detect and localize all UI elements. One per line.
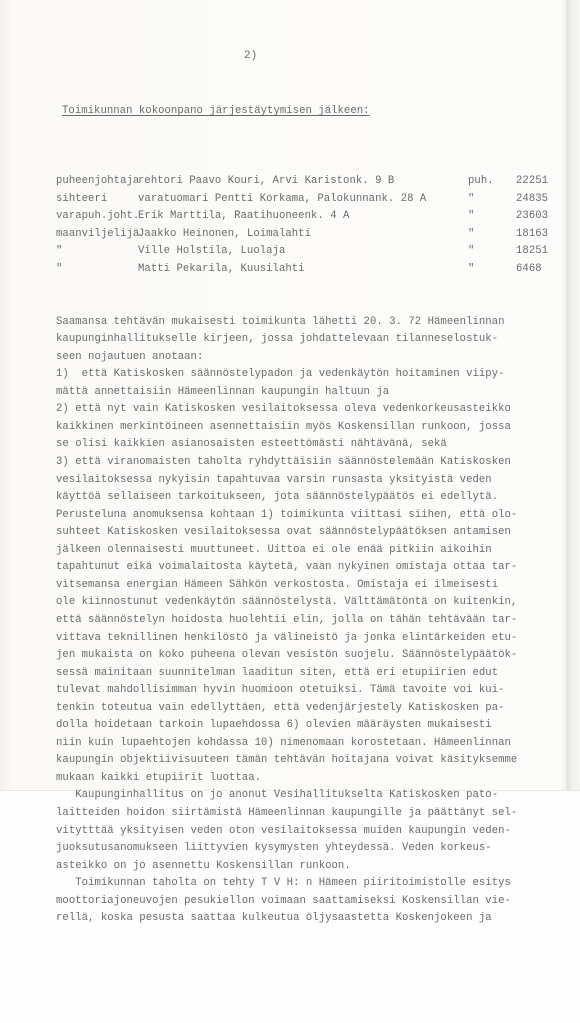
body-text: Saamansa tehtävän mukaisesti toimikunta … bbox=[56, 314, 576, 928]
member-phone: 18163 bbox=[516, 226, 576, 244]
text-line: 1) että Katiskosken säännöstelypadon ja … bbox=[56, 366, 576, 384]
member-phone-label: " bbox=[468, 226, 516, 244]
member-phone-label: puh. bbox=[468, 173, 516, 191]
member-role: maanviljelijä bbox=[56, 226, 138, 244]
member-role: varapuh.joht. bbox=[56, 208, 138, 226]
text-line: kaikkinen merkintöineen asennettaisiin m… bbox=[56, 419, 576, 437]
text-line: 2) että nyt vain Katiskosken vesilaitoks… bbox=[56, 401, 576, 419]
member-phone-label: " bbox=[468, 243, 516, 261]
member-list: puheenjohtajarehtori Paavo Kouri, Arvi K… bbox=[56, 173, 576, 278]
text-line: mättä annettaisiin Hämeenlinnan kaupungi… bbox=[56, 384, 576, 402]
text-line: tenkin toteutua vain edellyttäen, että v… bbox=[56, 700, 576, 718]
member-name: Jaakko Heinonen, Loimalahti bbox=[138, 226, 468, 244]
member-row: "Ville Holstila, Luolaja"18251 bbox=[56, 243, 576, 261]
member-name: Matti Pekarila, Kuusilahti bbox=[138, 261, 468, 279]
member-name: rehtori Paavo Kouri, Arvi Karistonk. 9 B bbox=[138, 173, 468, 191]
text-line: Kaupunginhallitus on jo anonut Vesihalli… bbox=[56, 787, 576, 805]
member-row: varapuh.joht.Erik Marttila, Raatihuoneen… bbox=[56, 208, 576, 226]
text-line: vitsemansa energian Hämeen Sähkön verkos… bbox=[56, 577, 576, 595]
text-line: mukaan kaikki etupiirit luottaa. bbox=[56, 770, 576, 788]
text-line: kaupunginhallitukselle kirjeen, jossa jo… bbox=[56, 331, 576, 349]
text-line: rellä, koska pesusta saattaa kulkeutua ö… bbox=[56, 910, 576, 928]
section-heading: Toimikunnan kokoonpano järjestäytymisen … bbox=[56, 103, 576, 121]
text-line: vittava teknillinen henkilöstö ja väline… bbox=[56, 630, 576, 648]
member-role: " bbox=[56, 261, 138, 279]
text-line: suhteet Katiskosken vesilaitoksessa ovat… bbox=[56, 524, 576, 542]
member-phone: 6468 bbox=[516, 261, 576, 279]
text-line: jälkeen olennaisesti muuttuneet. Uittoa … bbox=[56, 542, 576, 560]
text-line: moottoriajoneuvojen pesukiellon voimaan … bbox=[56, 893, 576, 911]
member-name: varatuomari Pentti Korkama, Palokunnank.… bbox=[138, 191, 468, 209]
member-phone-label: " bbox=[468, 261, 516, 279]
text-line: Saamansa tehtävän mukaisesti toimikunta … bbox=[56, 314, 576, 332]
member-role: " bbox=[56, 243, 138, 261]
text-line: sessä mainitaan suunnitelman laaditun si… bbox=[56, 665, 576, 683]
section-heading-text: Toimikunnan kokoonpano järjestäytymisen … bbox=[62, 105, 370, 117]
member-row: maanviljelijäJaakko Heinonen, Loimalahti… bbox=[56, 226, 576, 244]
text-line: niin kuin lupaehtojen kohdassa 10) nimen… bbox=[56, 735, 576, 753]
text-line: vitytttää yksityisen veden oton vesilait… bbox=[56, 823, 576, 841]
document-body: Toimikunnan kokoonpano järjestäytymisen … bbox=[56, 68, 576, 963]
text-line: asteikko on jo asennettu Koskensillan ru… bbox=[56, 858, 576, 876]
scanned-page: 2) Toimikunnan kokoonpano järjestäytymis… bbox=[0, 0, 580, 791]
text-line: tulevat mahdollisimman hyvin huomioon ot… bbox=[56, 682, 576, 700]
member-row: "Matti Pekarila, Kuusilahti"6468 bbox=[56, 261, 576, 279]
text-line: että säännöstelyn hoidosta huolehtii eli… bbox=[56, 612, 576, 630]
text-line: kaupungin objektiivisuuteen tämän tehtäv… bbox=[56, 752, 576, 770]
text-line: tapahtunut eikä voimalaitosta käytetä, v… bbox=[56, 559, 576, 577]
text-line: laitteiden hoidon siirtämistä Hämeenlinn… bbox=[56, 805, 576, 823]
text-line: juoksutusanomukseen liittyvien kysymyste… bbox=[56, 840, 576, 858]
member-phone: 24835 bbox=[516, 191, 576, 209]
text-line: vesilaitoksessa nykyisin tapahtuvaa vars… bbox=[56, 472, 576, 490]
member-row: puheenjohtajarehtori Paavo Kouri, Arvi K… bbox=[56, 173, 576, 191]
text-line: käyttöä sellaiseen tarkoitukseen, jota s… bbox=[56, 489, 576, 507]
member-phone-label: " bbox=[468, 208, 516, 226]
member-name: Ville Holstila, Luolaja bbox=[138, 243, 468, 261]
text-line: se olisi kaikkien asianosaisten esteettö… bbox=[56, 436, 576, 454]
page-number: 2) bbox=[244, 50, 257, 62]
member-phone: 23603 bbox=[516, 208, 576, 226]
text-line: 3) että viranomaisten taholta ryhdyttäis… bbox=[56, 454, 576, 472]
member-phone-label: " bbox=[468, 191, 516, 209]
member-phone: 18251 bbox=[516, 243, 576, 261]
member-role: puheenjohtaja bbox=[56, 173, 138, 191]
member-role: sihteeri bbox=[56, 191, 138, 209]
text-line: jen mukaista on koko puheena olevan vesi… bbox=[56, 647, 576, 665]
text-line: ole kiinnostunut vedenkäytön säännöstely… bbox=[56, 594, 576, 612]
member-row: sihteerivaratuomari Pentti Korkama, Palo… bbox=[56, 191, 576, 209]
text-line: seen nojautuen anotaan: bbox=[56, 349, 576, 367]
text-line: Perusteluna anomuksensa kohtaan 1) toimi… bbox=[56, 507, 576, 525]
text-line: Toimikunnan taholta on tehty T V H: n Hä… bbox=[56, 875, 576, 893]
text-line: dolla hoidetaan tarkoin lupaehdossa 6) o… bbox=[56, 717, 576, 735]
member-phone: 22251 bbox=[516, 173, 576, 191]
member-name: Erik Marttila, Raatihuoneenk. 4 A bbox=[138, 208, 468, 226]
